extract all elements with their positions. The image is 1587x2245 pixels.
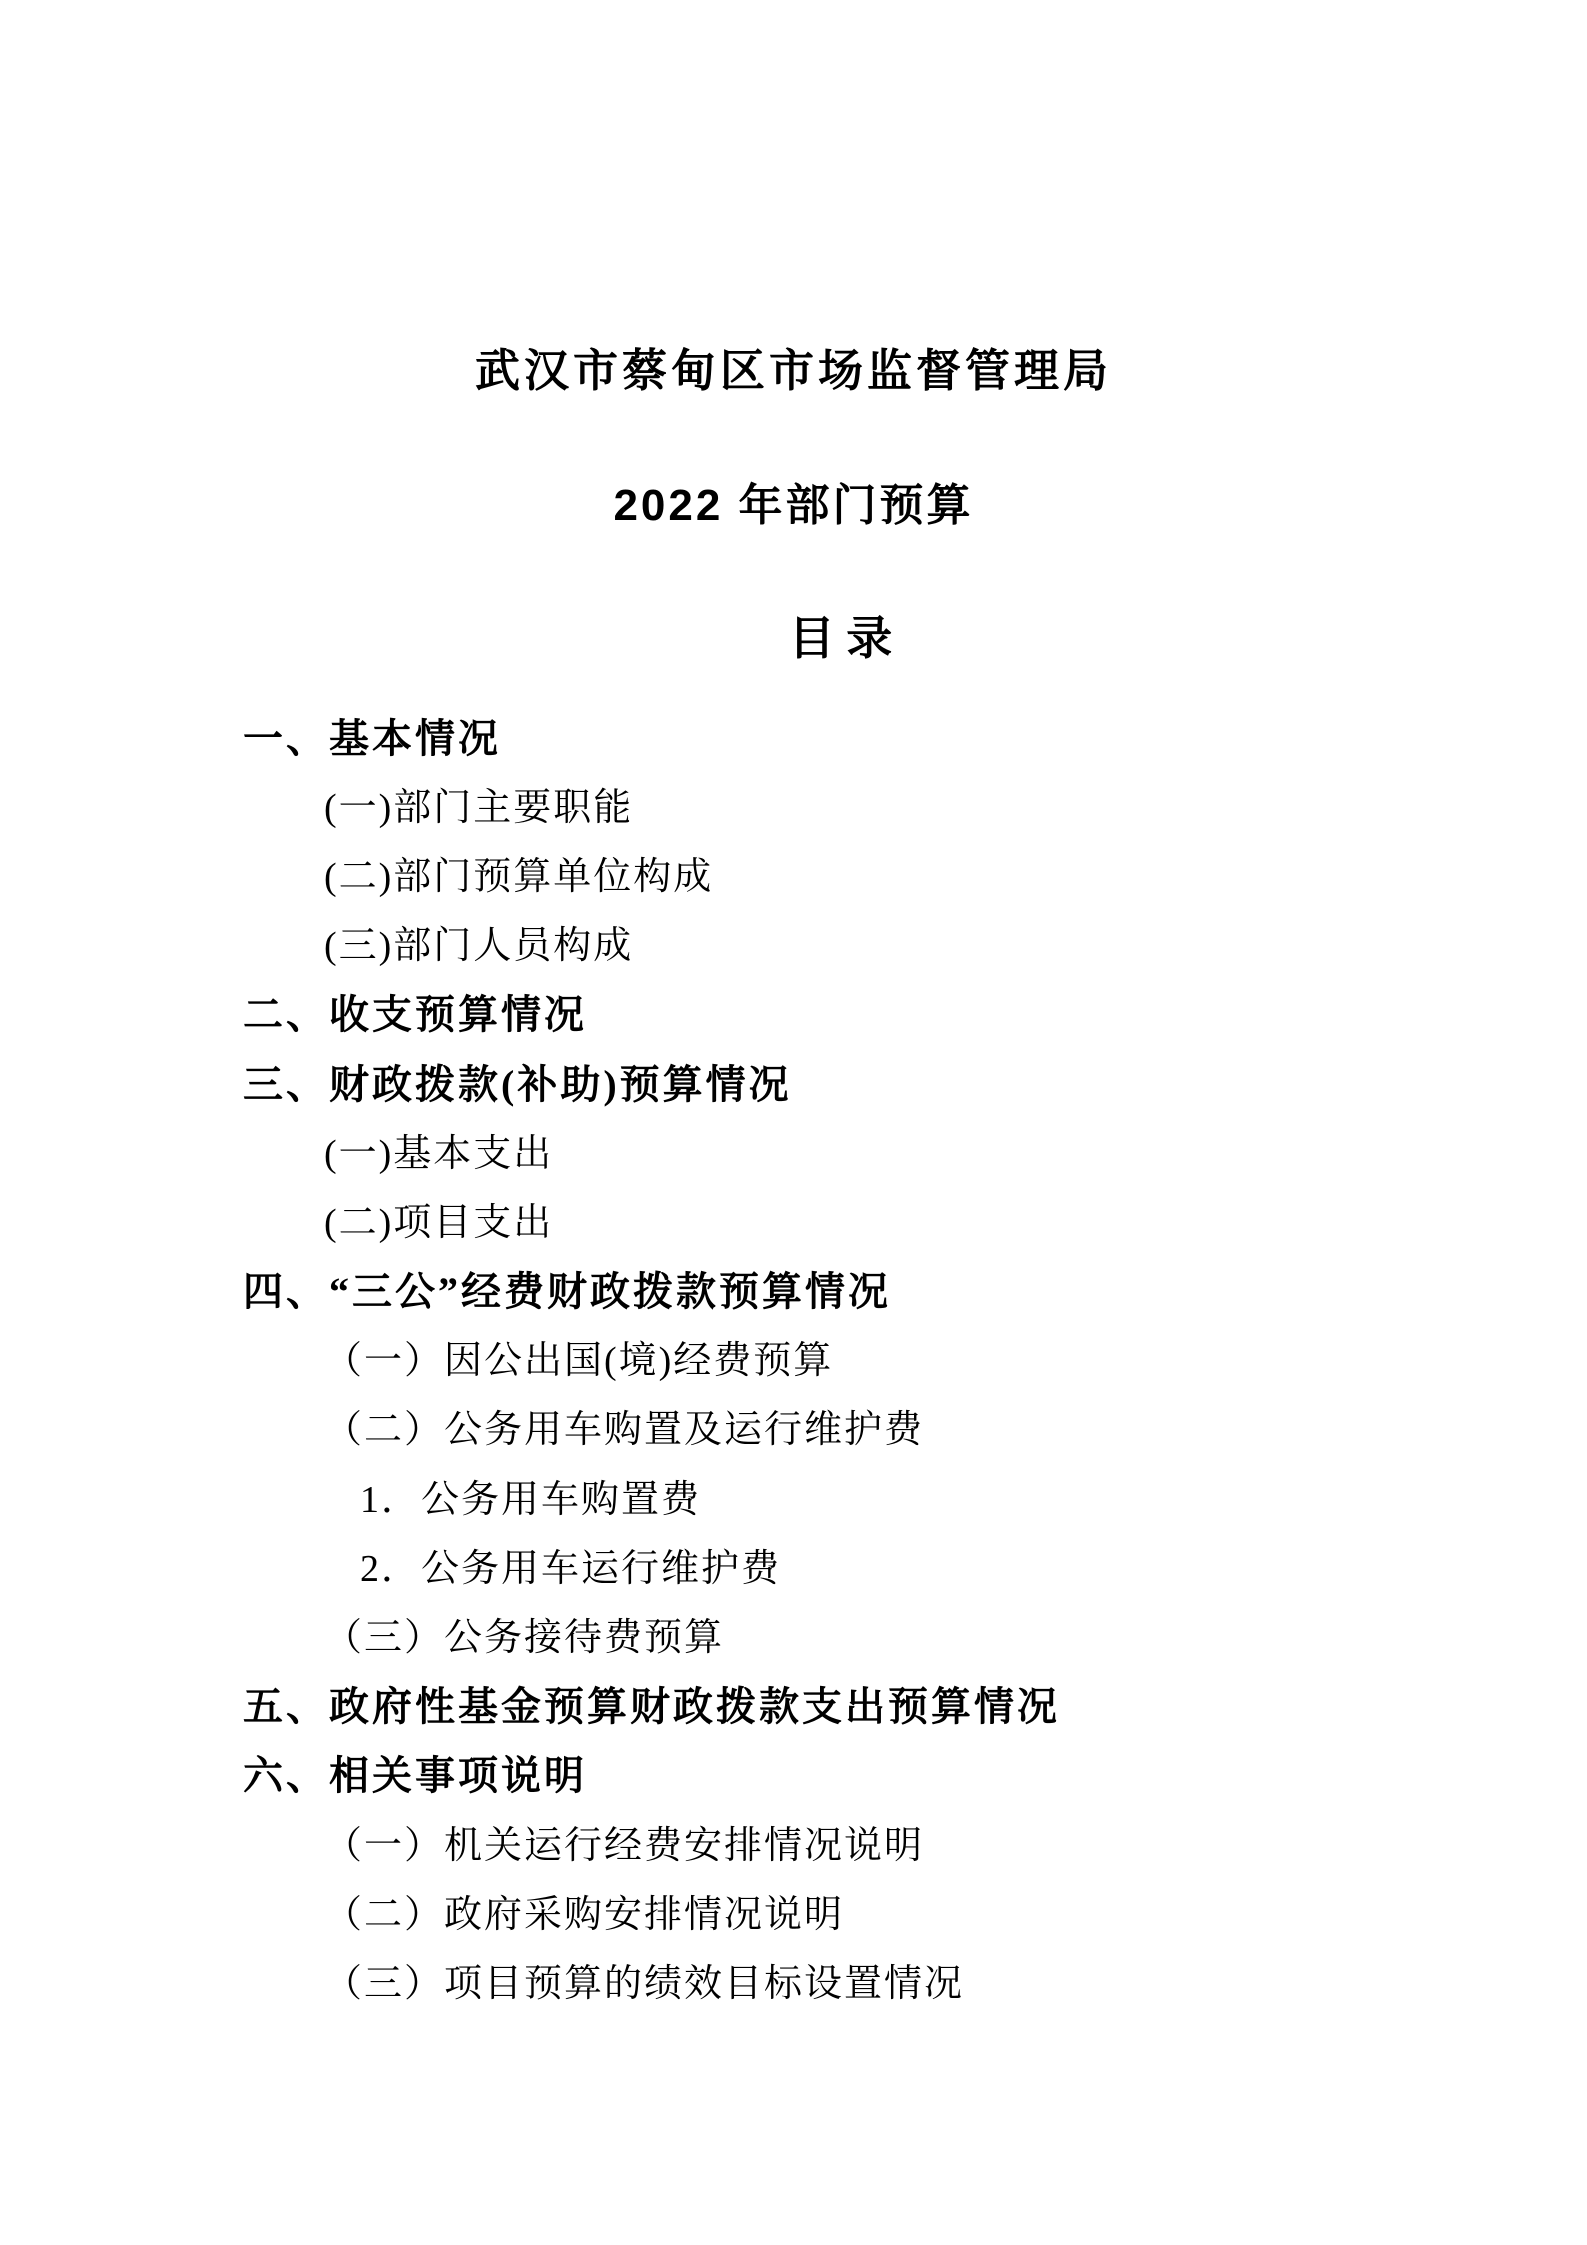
toc-heading: 目 录 [0,616,1587,662]
toc-item: (二)项目支出 [0,1188,1587,1257]
toc-item: (三)部门人员构成 [0,912,1587,981]
toc-item: 四、“三公”经费财政拨款预算情况 [0,1258,1587,1327]
toc-item: (二)部门预算单位构成 [0,842,1587,911]
toc-item: 五、政府性基金预算财政拨款支出预算情况 [0,1673,1587,1742]
toc-heading-text: 目 录 [789,613,893,664]
toc-item: （一）因公出国(境)经费预算 [0,1327,1587,1396]
toc-item: (一)部门主要职能 [0,773,1587,842]
toc-item: （二）公务用车购置及运行维护费 [0,1396,1587,1465]
toc-item: 六、相关事项说明 [0,1742,1587,1811]
toc-item: （三）项目预算的绩效目标设置情况 [0,1949,1587,2018]
toc-item: 三、财政拨款(补助)预算情况 [0,1050,1587,1119]
toc-item: （三）公务接待费预算 [0,1603,1587,1672]
toc-list: 一、基本情况(一)部门主要职能(二)部门预算单位构成(三)部门人员构成二、收支预… [0,704,1587,2019]
toc-item: （二）政府采购安排情况说明 [0,1880,1587,1949]
toc-item: 一、基本情况 [0,704,1587,773]
document-title: 武汉市蔡甸区市场监督管理局 [0,348,1587,393]
document-subtitle: 2022 年部门预算 [0,484,1587,528]
toc-item: (一)基本支出 [0,1119,1587,1188]
toc-item: 1．公务用车购置费 [0,1465,1587,1534]
document-page: 武汉市蔡甸区市场监督管理局 2022 年部门预算 目 录 一、基本情况(一)部门… [0,0,1587,2245]
toc-item: 2．公务用车运行维护费 [0,1534,1587,1603]
toc-item: 二、收支预算情况 [0,981,1587,1050]
toc-item: （一）机关运行经费安排情况说明 [0,1811,1587,1880]
